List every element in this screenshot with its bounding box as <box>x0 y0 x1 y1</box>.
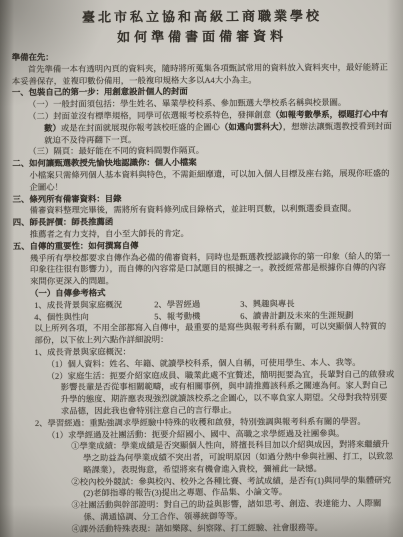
point2-circle2: ②校內校外競試：參與校內、校外之各種比賽、考試成績，是否有(1)與同學的集體研究… <box>83 475 395 500</box>
section1-item2-text: （二）封面並沒有標準規格，同學可依選報考校系特色，發揮創意 <box>28 111 271 121</box>
section1-item2: （二）封面並沒有標準規格，同學可依選報考校系特色，發揮創意（如報考數學系，標題打… <box>44 109 393 147</box>
section5-body: 幾乎所有學校都要求自傳作為必備的備審資料，同時也是甄選教授認識你的第一印象（給人… <box>30 250 394 288</box>
document-sheet: 臺北市私立協和高級工商職業學校 如何準備書面備審資料 準備在先： 首先準備一本有… <box>0 0 403 537</box>
section1-item2-mid: 或是在封面就展現你報考該校旺盛的企圖心 <box>61 123 220 133</box>
doc-title-subject: 如何準備書面備審資料 <box>12 25 393 47</box>
intro-body: 首先準備一本有透明內頁的資料夾，隨時將所蒐集各項甄試常用的資料放入資料夾中，最好… <box>12 62 393 88</box>
format-item-3: 3、興趣與專長 <box>240 298 295 310</box>
section1-item2-bold2: （如邁向雲科大） <box>220 122 283 131</box>
section2-body: 小檔案只需條列個人基本資料與特色，不需鉅細靡遺，可以加入個人目標及座右銘，展現你… <box>29 168 393 194</box>
doc-title: 臺北市私立協和高級工商職業學校 如何準備書面備審資料 <box>11 6 392 47</box>
point2-circle4: ④課外活動特殊表現：諸如樂隊、糾察隊、打工經驗、社會服務等。 <box>84 522 396 536</box>
point2-circle3: ③社團活動與幹部證明：對自己的助益與影響，諸如思考、創造、表達能力、人際關係、溝… <box>83 498 395 523</box>
doc-body: 準備在先： 首先準備一本有透明內頁的資料夾，隨時將所蒐集各項甄試常用的資料放入資… <box>12 50 396 536</box>
point2-circle1: ①學業成績：學業成績是否突顯個人性向，將擅長科目加以介紹與成因，對將來繼續升學之… <box>83 439 395 476</box>
format-item-6: 6、讀書計劃及未來的生涯規劃 <box>240 310 353 322</box>
format-item-2: 2、學習經過 <box>154 298 240 310</box>
doc-title-school: 臺北市私立協和高級工商職業學校 <box>11 6 392 28</box>
format-item-5: 5、報考動機 <box>154 310 240 322</box>
point1-sub2: （2）家庭生活：扼要介紹家庭成員、職業此處不宜贅述，簡明扼要為宜，長輩對自己的啟… <box>61 368 395 417</box>
format-note: 以上所列各項，不用全部都寫入自傳中，最重要的是寫些與報考科系有關，可以突顯個人特… <box>34 321 394 347</box>
format-item-1: 1、成長背景與家庭概況 <box>34 299 154 312</box>
document-photo: 臺北市私立協和高級工商職業學校 如何準備書面備審資料 準備在先： 首先準備一本有… <box>0 0 403 537</box>
section3-body: 備審資料整理完畢後，需將所有資料條列成目錄格式，並註明頁數，以利甄選委員查閱。 <box>30 203 394 217</box>
format-item-4: 4、個性與性向 <box>34 311 154 324</box>
